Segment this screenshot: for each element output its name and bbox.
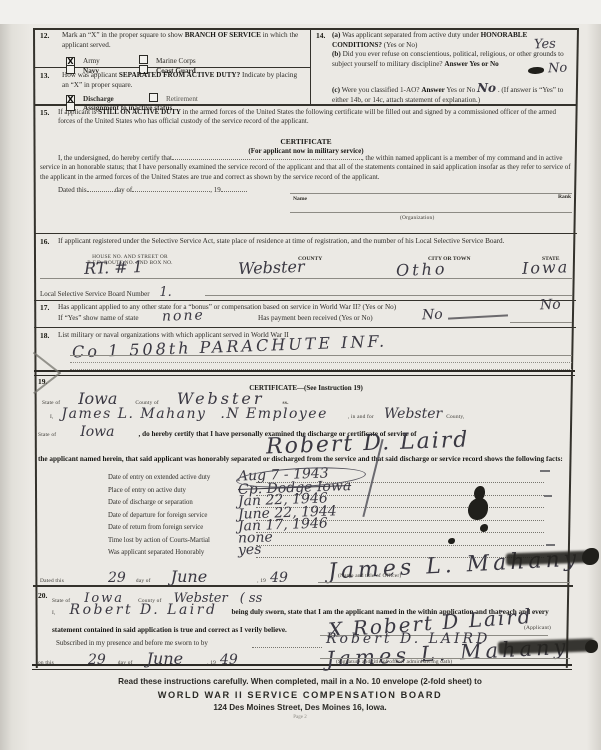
footer-instruction: Read these instructions carefully. When … bbox=[30, 677, 570, 686]
pen-tick bbox=[546, 544, 555, 546]
answer-payment[interactable]: No bbox=[422, 307, 443, 324]
applicant-label: (Applicant) bbox=[524, 625, 551, 631]
payment-received-label: Has payment been received (Yes or No) bbox=[258, 314, 373, 324]
residence-underline bbox=[40, 278, 572, 279]
fact-value-honorable[interactable]: yes bbox=[238, 542, 262, 559]
item-14-number: 14. bbox=[316, 31, 325, 40]
day-value-20[interactable]: 29 bbox=[88, 652, 106, 668]
pen-tick bbox=[544, 495, 552, 497]
org-line-1 bbox=[70, 355, 572, 356]
dated-day-19[interactable]: 29 bbox=[108, 570, 126, 586]
footer-board-name: WORLD WAR II SERVICE COMPENSATION BOARD bbox=[30, 690, 570, 700]
name-rank-line bbox=[290, 193, 572, 194]
facts-intro: the applicant named herein, that said ap… bbox=[38, 455, 570, 465]
item-16-number: 16. bbox=[40, 237, 49, 246]
county2-value[interactable]: Webster bbox=[384, 406, 442, 422]
footer-address: 124 Des Moines Street, Des Moines 16, Io… bbox=[30, 703, 570, 712]
item-16-instruction: If applicant registered under the Select… bbox=[58, 237, 572, 247]
answer-17[interactable]: No bbox=[540, 297, 561, 314]
item-15-number: 15. bbox=[40, 108, 49, 117]
organization-line bbox=[290, 212, 572, 213]
payment-underline bbox=[510, 322, 572, 323]
org-line-3 bbox=[70, 369, 572, 370]
month-value-20[interactable]: June bbox=[147, 649, 184, 668]
blank-year[interactable] bbox=[221, 191, 247, 192]
officer-sig-label: (Name and title of Officer) bbox=[338, 573, 401, 579]
oath-label: (Signature and title of officer administ… bbox=[336, 659, 452, 665]
blank-officer-name[interactable] bbox=[172, 159, 362, 160]
item-15-instruction: If applicant is STILL ON ACTIVE DUTY in … bbox=[58, 108, 572, 127]
occupation-value[interactable]: .N Employee bbox=[220, 406, 328, 422]
item-14c: (c) Were you classified 1-AO? Answer Yes… bbox=[332, 80, 570, 106]
value-city[interactable]: Otho bbox=[396, 259, 448, 280]
item-12-number: 12. bbox=[40, 31, 49, 40]
subscribed-blank bbox=[252, 647, 322, 648]
year-value-20[interactable]: 49 bbox=[220, 652, 238, 668]
certificate-body: I, the undersigned, do hereby certify th… bbox=[40, 154, 572, 182]
board-number-line: Local Selective Service Board Number 1. bbox=[40, 284, 172, 302]
answer-14c[interactable]: No bbox=[477, 81, 496, 95]
value-street[interactable]: RT. # 1 bbox=[84, 257, 144, 278]
board-number-underline bbox=[205, 295, 572, 296]
blank-day[interactable] bbox=[87, 191, 115, 192]
subscribed-line: Subscribed in my presence and before me … bbox=[56, 639, 208, 648]
dated-line-19: Dated this 29 day of June , 19 49 bbox=[40, 567, 288, 587]
frame-top-rule bbox=[33, 28, 578, 30]
value-county[interactable]: Webster bbox=[238, 257, 305, 278]
rule-15-16 bbox=[34, 233, 577, 234]
board-number-value[interactable]: 1. bbox=[159, 285, 171, 300]
rule-17-18 bbox=[34, 327, 576, 328]
dated-year-19[interactable]: 49 bbox=[270, 570, 288, 586]
dated-month-19[interactable]: June bbox=[171, 567, 208, 586]
item-17-question: Has applicant applied to any other state… bbox=[58, 303, 558, 313]
value-state[interactable]: Iowa bbox=[522, 257, 570, 278]
rule-box-divider bbox=[310, 28, 311, 104]
rule-18-19-double bbox=[34, 370, 575, 376]
officer-name-value[interactable]: James L. Mahany bbox=[62, 406, 207, 422]
item-17-number: 17. bbox=[40, 303, 49, 312]
page-number: Page 2 bbox=[30, 715, 570, 720]
answer-14b[interactable]: No bbox=[548, 61, 568, 77]
state2-value[interactable]: Iowa bbox=[80, 424, 114, 440]
notary-line: I, James L. Mahany .N Employee , in and … bbox=[50, 405, 570, 423]
applicant-name-value[interactable]: Robert D. Laird bbox=[70, 602, 218, 618]
scan-edge-left bbox=[0, 0, 30, 750]
fact-row: Time lost by action of Courts-Martialnon… bbox=[38, 535, 574, 548]
item-20-number: 20. bbox=[38, 591, 47, 600]
name-label: Name bbox=[293, 196, 307, 202]
scan-edge-top bbox=[0, 0, 601, 24]
dated-line-15: Dated thisday of, 19 bbox=[58, 186, 247, 195]
fact-row: Date of return from foreign serviceJan 1… bbox=[38, 522, 574, 535]
pen-tick bbox=[540, 470, 550, 472]
org-line-2 bbox=[70, 362, 572, 363]
answer-state-name[interactable]: none bbox=[162, 307, 205, 324]
blank-month[interactable] bbox=[132, 191, 210, 192]
item-18-number: 18. bbox=[40, 331, 49, 340]
item-12-instruction: Mark an “X” in the proper square to show… bbox=[62, 31, 300, 50]
on-this-line: on this 29 day of June , 19 49 bbox=[38, 649, 238, 669]
item-13-number: 13. bbox=[40, 71, 49, 80]
organization-label: (Organization) bbox=[400, 215, 434, 221]
item-17-line2: If “Yes” show name of state bbox=[58, 314, 139, 324]
rank-label: Rank bbox=[558, 194, 571, 200]
signature-underline-19 bbox=[318, 582, 570, 583]
